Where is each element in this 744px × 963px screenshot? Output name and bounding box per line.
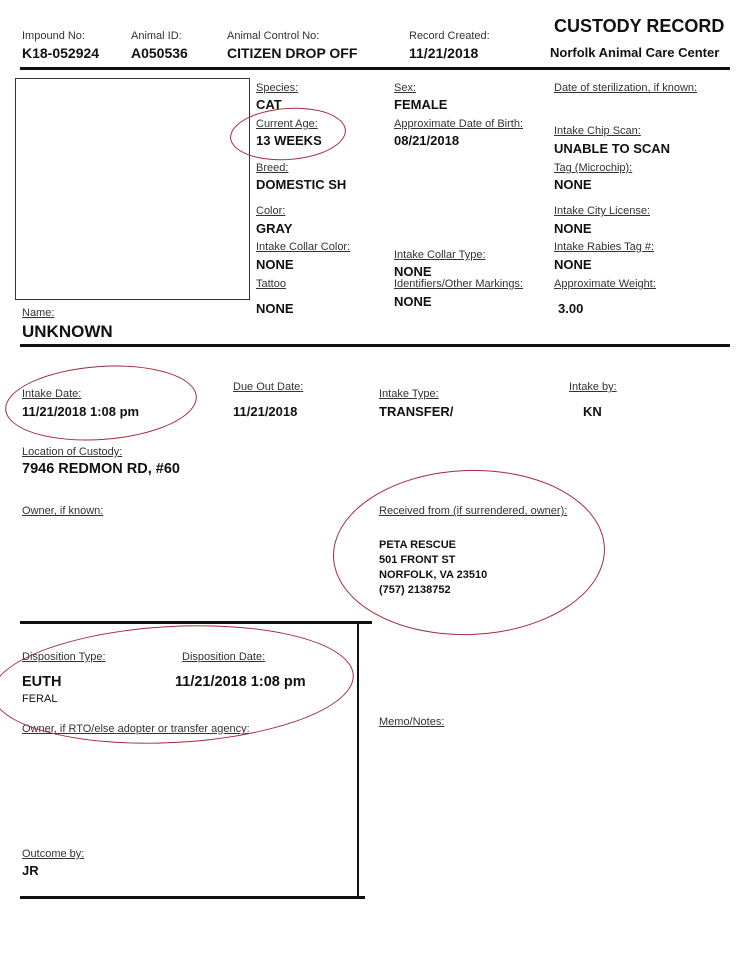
outcome-by-value: JR [22,863,39,878]
location-value: 7946 REDMON RD, #60 [22,461,180,477]
current-age-label: Current Age: [256,118,318,130]
disposition-type-value: EUTH [22,674,61,690]
sex-value: FEMALE [394,97,447,112]
memo-notes-label: Memo/Notes: [379,716,444,728]
intake-type-label: Intake Type: [379,388,439,400]
intake-rabies-tag-value: NONE [554,257,592,272]
intake-city-license-value: NONE [554,221,592,236]
intake-by-label: Intake by: [569,381,617,393]
footer-divider [20,896,365,899]
tattoo-value: NONE [256,301,294,316]
identifiers-label: Identifiers/Other Markings: [394,278,533,290]
animal-photo-placeholder [15,78,250,300]
annotation-circle-intake-date [3,359,200,446]
intake-date-label: Intake Date: [22,388,81,400]
species-label: Species: [256,82,298,94]
intake-collar-color-value: NONE [256,257,294,272]
approx-weight-value: 3.00 [558,301,583,316]
identifiers-value: NONE [394,294,432,309]
intake-city-license-label: Intake City License: [554,205,650,217]
animal-control-no-value: CITIZEN DROP OFF [227,45,357,61]
intake-chip-scan-value: UNABLE TO SCAN [554,141,670,156]
intake-collar-color-label: Intake Collar Color: [256,241,350,253]
intake-collar-type-label: Intake Collar Type: [394,249,486,261]
sterilization-date-label: Date of sterilization, if known: [554,82,697,94]
owner-adopter-label: Owner, if RTO/else adopter or transfer a… [22,723,250,735]
intake-by-value: KN [583,404,602,419]
due-out-date-value: 11/21/2018 [233,404,297,419]
animal-id-value: A050536 [131,45,188,61]
breed-label: Breed: [256,162,288,174]
impound-no-label: Impound No: [22,30,85,42]
record-created-label: Record Created: [409,30,490,42]
name-label: Name: [22,307,54,319]
approx-dob-label: Approximate Date of Birth: [394,118,523,130]
intake-type-value: TRANSFER/ [379,404,453,419]
intake-date-value: 11/21/2018 1:08 pm [22,404,139,419]
intake-rabies-tag-label: Intake Rabies Tag #: [554,241,654,253]
animal-id-label: Animal ID: [131,30,182,42]
impound-no-value: K18-052924 [22,45,99,61]
disposition-type-reason: FERAL [22,693,57,705]
outcome-by-label: Outcome by: [22,848,84,860]
received-from-line: PETA RESCUE [379,538,487,553]
owner-label: Owner, if known: [22,505,103,517]
organization-name: Norfolk Animal Care Center [550,45,719,60]
color-label: Color: [256,205,285,217]
species-value: CAT [256,97,282,112]
disposition-divider [20,621,372,624]
animal-control-no-label: Animal Control No: [227,30,319,42]
received-from-line: NORFOLK, VA 23510 [379,568,487,583]
current-age-value: 13 WEEKS [256,133,322,148]
disposition-type-label: Disposition Type: [22,651,106,663]
disposition-memo-separator [357,621,359,899]
received-from-line: (757) 2138752 [379,583,487,598]
received-from-label: Received from (if surrendered, owner): [379,505,567,517]
record-created-value: 11/21/2018 [409,45,478,61]
document-title: CUSTODY RECORD [554,16,724,37]
disposition-date-label: Disposition Date: [182,651,265,663]
due-out-date-label: Due Out Date: [233,381,303,393]
tag-microchip-label: Tag (Microchip): [554,162,632,174]
disposition-date-value: 11/21/2018 1:08 pm [175,674,306,690]
approx-dob-value: 08/21/2018 [394,133,459,148]
tag-microchip-value: NONE [554,177,592,192]
name-value: UNKNOWN [22,322,113,342]
approx-weight-label: Approximate Weight: [554,278,656,290]
breed-value: DOMESTIC SH [256,177,346,192]
received-from-line: 501 FRONT ST [379,553,487,568]
animal-section-divider [20,344,730,347]
header-divider [20,67,730,70]
location-label: Location of Custody: [22,446,122,458]
intake-collar-type-value: NONE [394,264,432,279]
tattoo-label: Tattoo [256,278,314,290]
sex-label: Sex: [394,82,416,94]
intake-chip-scan-label: Intake Chip Scan: [554,125,641,137]
received-from-address: PETA RESCUE 501 FRONT ST NORFOLK, VA 235… [379,538,487,598]
color-value: GRAY [256,221,292,236]
